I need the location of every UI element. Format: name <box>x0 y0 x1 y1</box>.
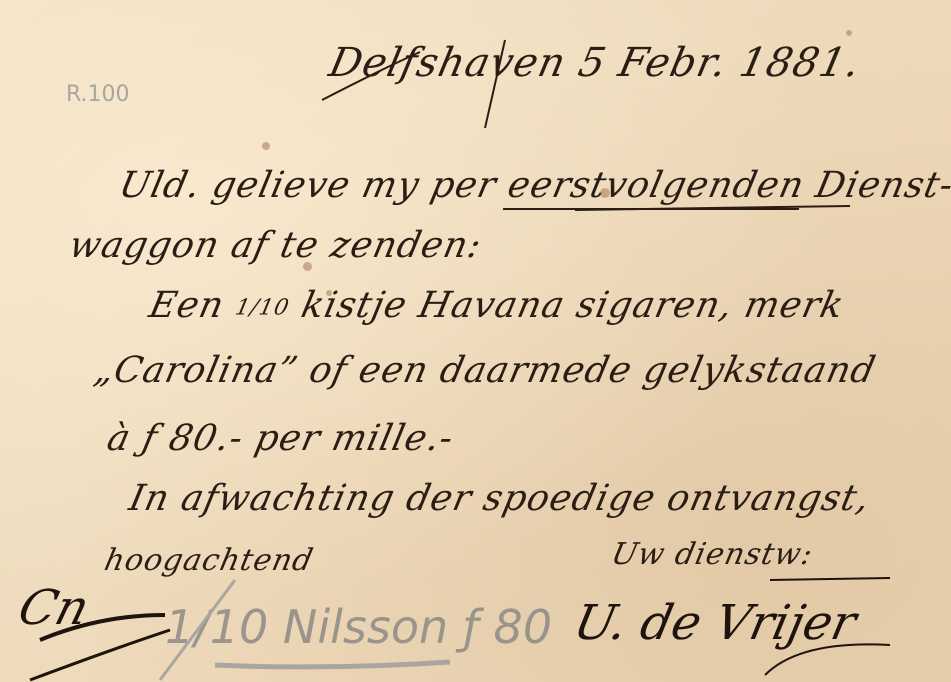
ink-spot <box>262 142 270 150</box>
ink-spot <box>600 188 610 198</box>
ink-spot <box>846 30 852 36</box>
pen-flourishes <box>0 0 951 682</box>
ink-spot <box>303 262 312 271</box>
letter-page: R.100 Delfshaven 5 Febr. 1881. Uld. geli… <box>0 0 951 682</box>
ink-spot <box>326 290 332 296</box>
